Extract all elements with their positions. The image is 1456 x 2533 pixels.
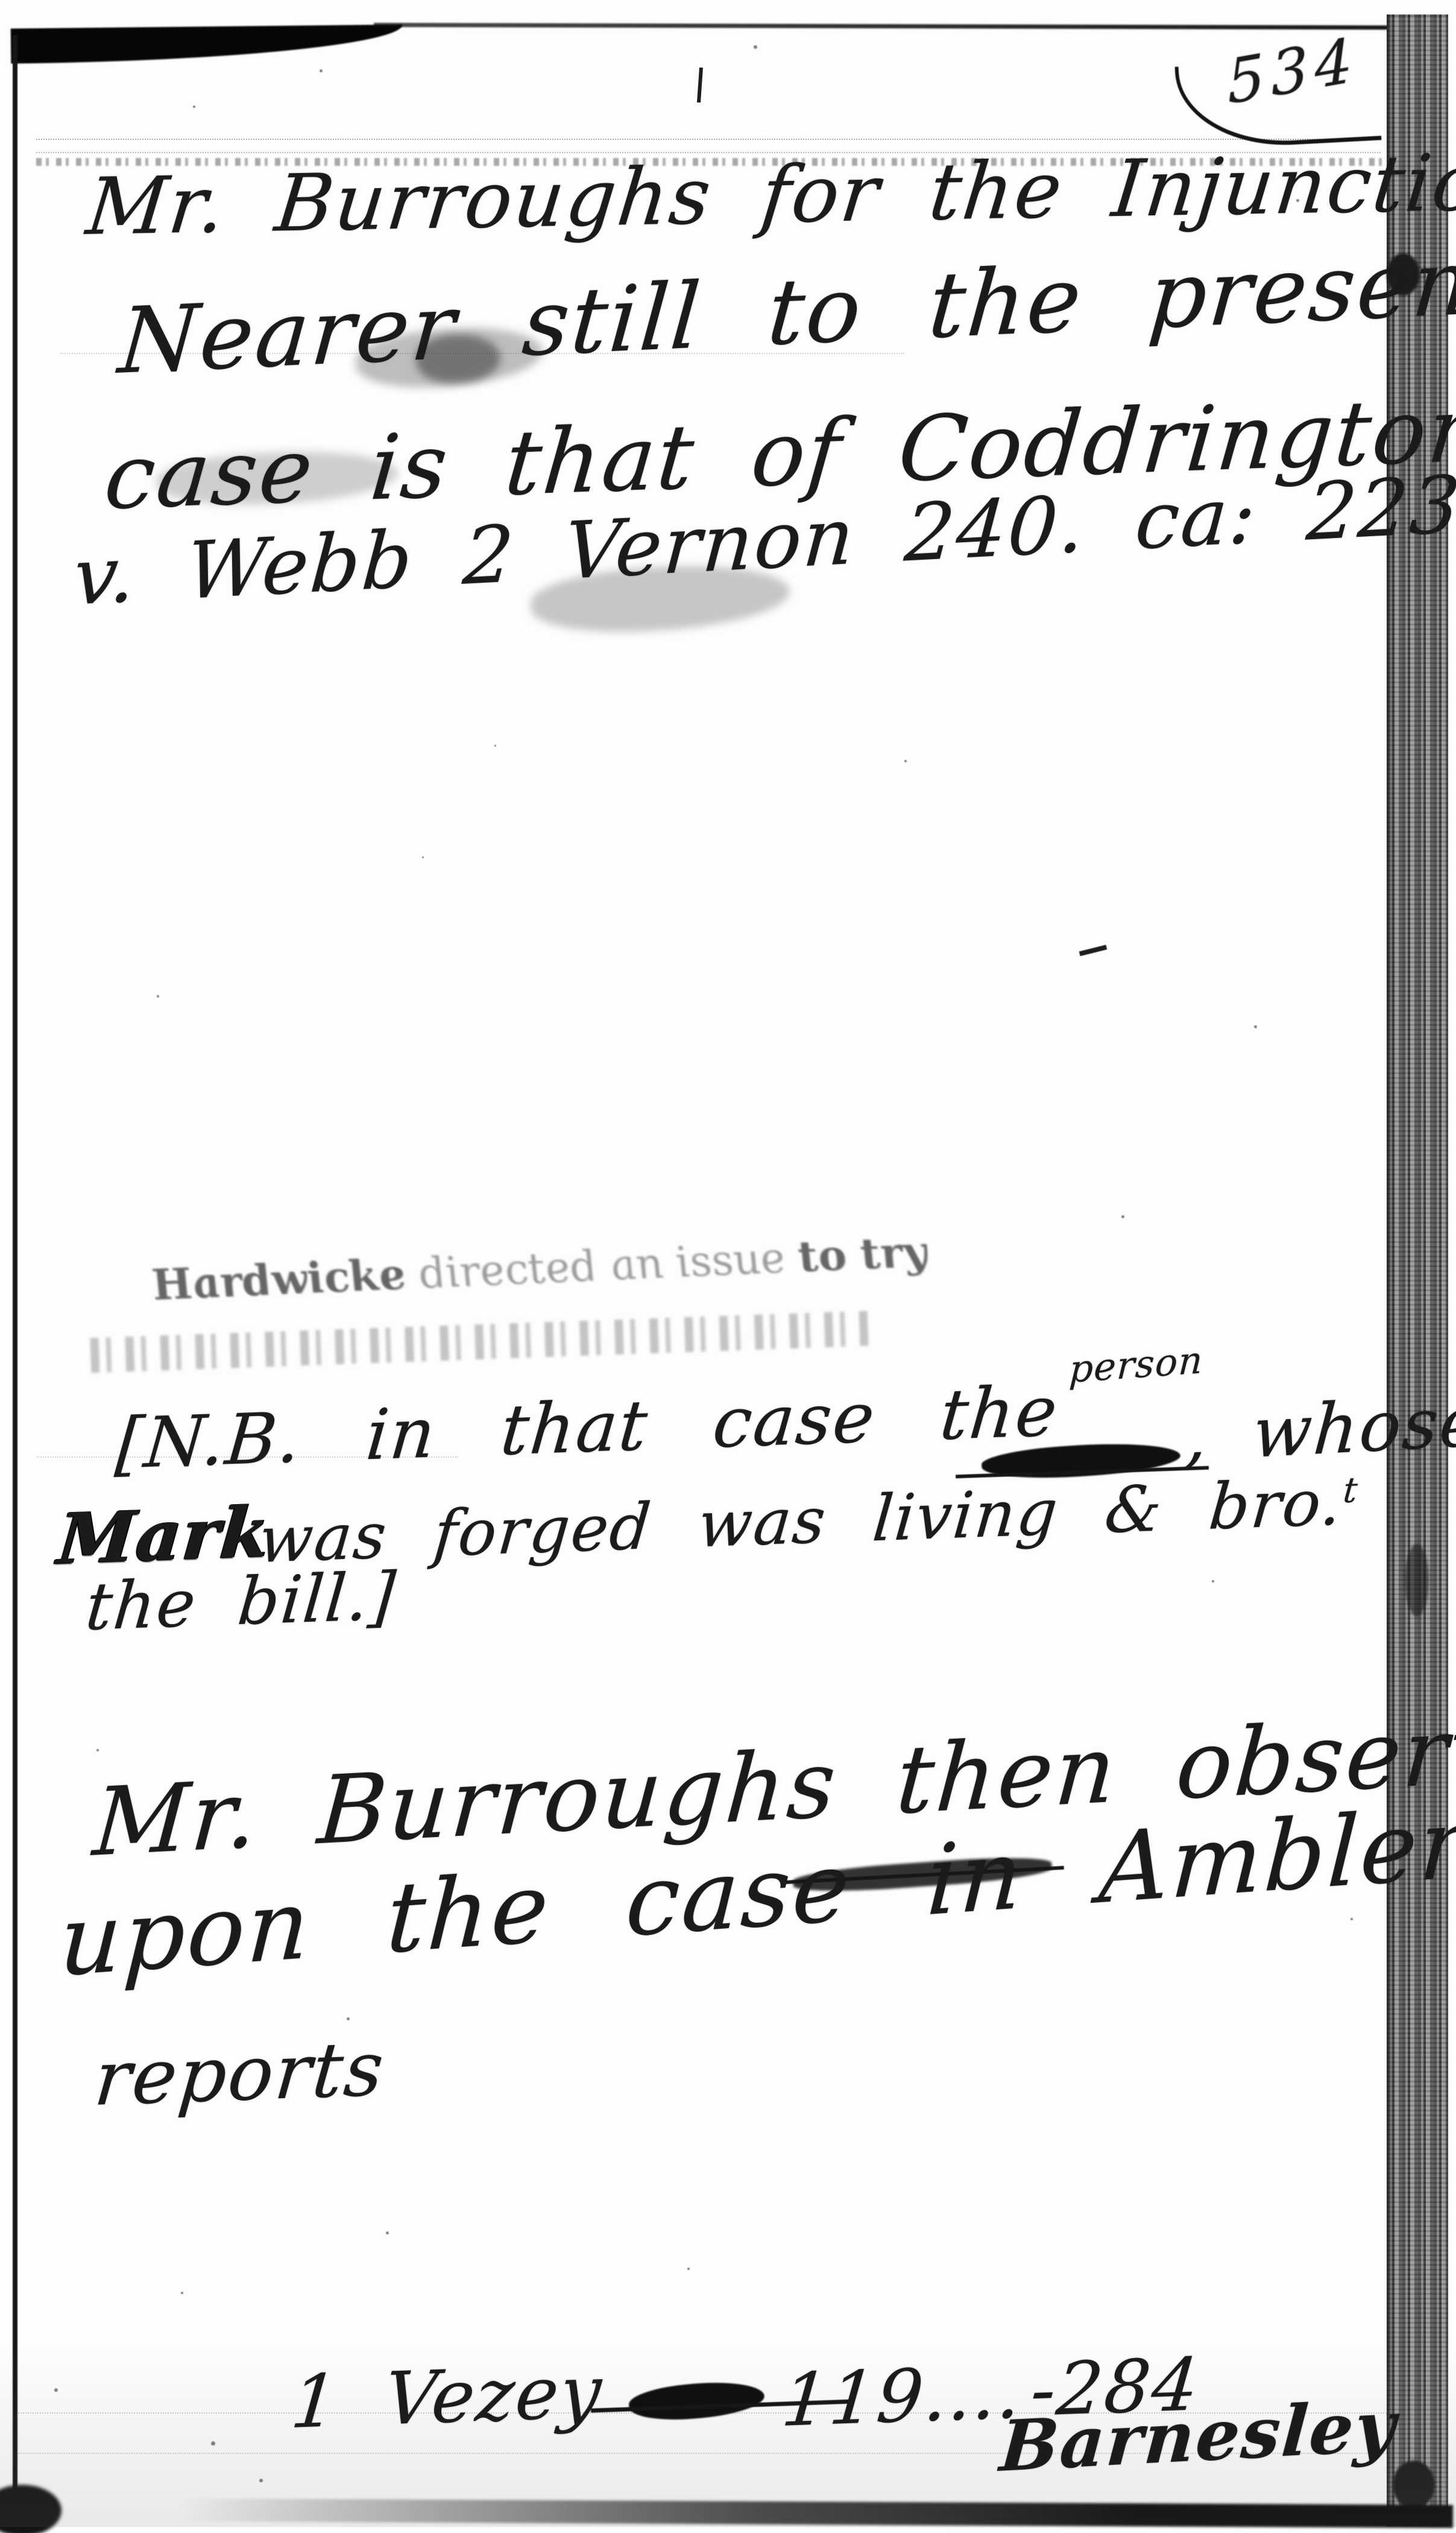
paper-speck	[259, 2479, 263, 2482]
paper-speck	[1296, 199, 1299, 202]
paper-speck	[1350, 1918, 1353, 1920]
scan-top-left-edge	[11, 25, 403, 64]
paper-speck	[386, 2231, 389, 2234]
paper-speck	[422, 856, 424, 858]
paper-speck	[494, 745, 496, 747]
nb-heavy-word: Mark	[55, 1497, 273, 1574]
page-number-flourish	[1175, 56, 1382, 150]
paper-speck	[54, 2388, 58, 2392]
show-through-band	[90, 1311, 868, 1373]
show-through-text: Hardwicke directed an issue to try	[146, 1230, 933, 1306]
paper-speck	[1212, 1580, 1214, 1583]
scan-left-edge	[13, 35, 17, 2511]
paper-speck	[687, 2268, 690, 2270]
nb-line2-superscript: t	[1341, 1469, 1360, 1511]
nb-line1-end: , whose	[1183, 1387, 1456, 1472]
nb-inserted-word: person	[1068, 1341, 1204, 1388]
nb-line2-text: was forged was living & bro.	[256, 1466, 1345, 1577]
gutter-blot	[1405, 1544, 1429, 1616]
citation-volume: 1 Vezey	[288, 2356, 605, 2440]
ruled-line	[36, 139, 1381, 140]
scan-top-edge	[374, 23, 1399, 30]
paper-speck	[157, 995, 159, 998]
nb-line3: the bill.]	[83, 1564, 399, 1640]
nb-line2: was forged was living & bro.t	[256, 1470, 1360, 1572]
citation-page: 119....	[779, 2357, 1026, 2438]
paper-speck	[181, 2292, 183, 2294]
paper-speck	[96, 1749, 99, 1751]
paper-speck	[320, 69, 323, 72]
paragraph1-line1: Nearer still to the present	[116, 236, 1456, 387]
paper-speck	[1121, 1215, 1124, 1218]
signature: Barnesley	[998, 2391, 1399, 2482]
paper-speck	[1254, 1025, 1257, 1028]
manuscript-page: 534 Mr. Burroughs for the Injunction. Ne…	[0, 0, 1456, 2533]
stray-stroke	[697, 68, 703, 103]
nb-line1-start: [N.B. in that case the	[113, 1377, 1061, 1479]
stray-dash	[1079, 945, 1108, 957]
show-through-word: directed an issue	[398, 1233, 805, 1298]
show-through-word: Hardwicke	[145, 1249, 412, 1309]
paper-speck	[904, 760, 907, 762]
paper-speck	[193, 106, 195, 108]
heading: Mr. Burroughs for the Injunction.	[83, 142, 1456, 246]
paragraph2-line3: reports	[92, 2031, 388, 2117]
paper-speck	[347, 2017, 350, 2020]
paper-speck	[754, 45, 757, 49]
show-through-word: to try	[790, 1226, 933, 1281]
paper-speck	[211, 2441, 215, 2446]
